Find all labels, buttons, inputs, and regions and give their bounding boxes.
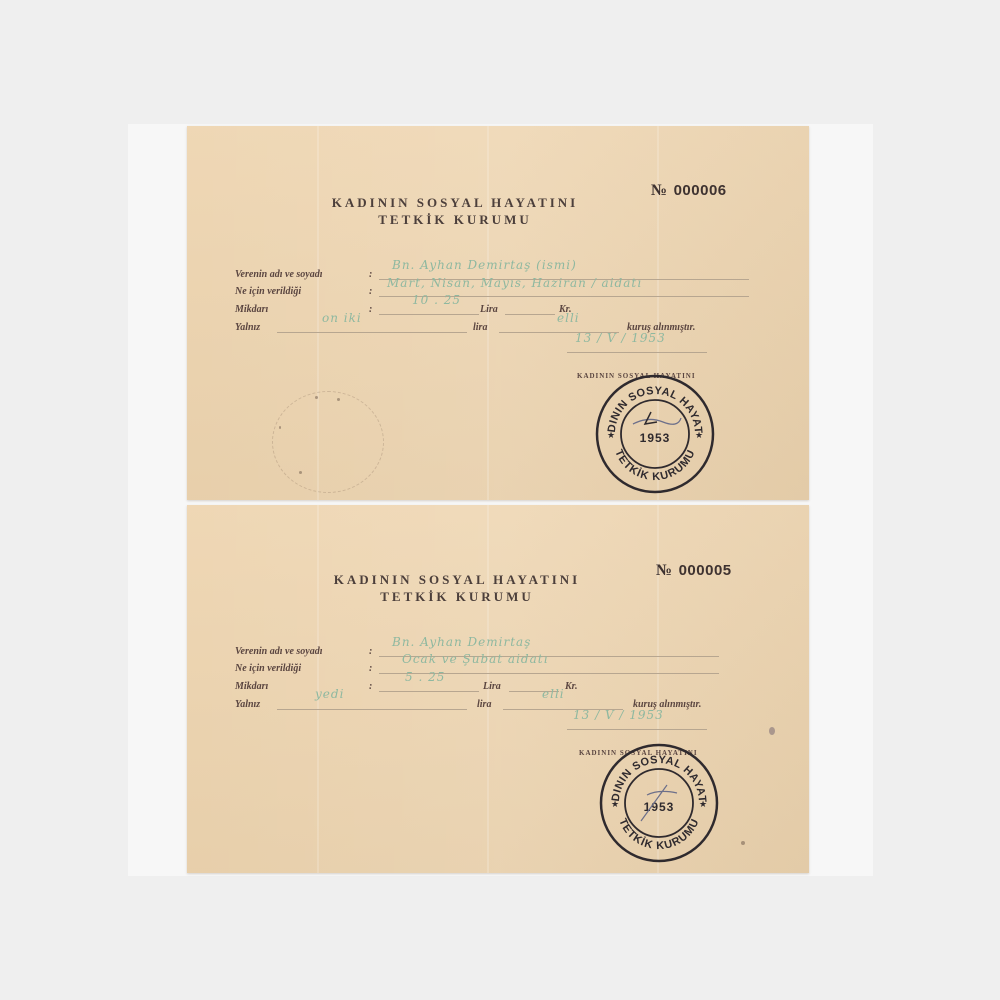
signature: [633, 418, 681, 424]
stamp-year: 1953: [640, 431, 671, 445]
date-handwritten: 13 / V / 1953: [573, 708, 664, 722]
serial-value: 000005: [679, 562, 732, 579]
date-handwritten: 13 / V / 1953: [575, 331, 666, 345]
kurus-line: [505, 302, 555, 315]
only-lira-line: [277, 320, 467, 333]
giver-handwritten: Bn. Ayhan Demirtaş: [392, 635, 531, 649]
purpose-handwritten: Ocak ve Şubat aidatı: [402, 652, 548, 666]
org-title-line1: KADININ SOSYAL HAYATINI: [307, 571, 607, 588]
only-lira-line: [277, 697, 467, 710]
giver-label: Verenin adı ve soyadı: [235, 269, 323, 280]
colon: :: [369, 663, 372, 674]
receipt-000005: KADININ SOSYAL HAYATINI TETKİK KURUMU №0…: [187, 505, 809, 873]
amount-handwritten: 5 . 25: [405, 670, 445, 684]
only-lira-handwritten: on iki: [322, 311, 362, 325]
lira-lower-label: lira: [477, 699, 491, 710]
organization-title: KADININ SOSYAL HAYATINI TETKİK KURUMU: [305, 194, 605, 228]
receipt-000006: KADININ SOSYAL HAYATINI TETKİK KURUMU №0…: [187, 126, 809, 500]
org-title-line1: KADININ SOSYAL HAYATINI: [305, 194, 605, 211]
speck: [315, 396, 318, 399]
amount-label: Mikdarı: [235, 681, 268, 692]
svg-text:TETKİK KURUMU: TETKİK KURUMU: [612, 448, 698, 484]
lira-lower-label: lira: [473, 322, 487, 333]
stamp-star-icon: ★: [611, 799, 619, 809]
only-label: Yalnız: [235, 322, 260, 333]
stamp-star-icon: ★: [607, 430, 615, 440]
official-stamp: KADININ SOSYAL HAYATINI TETKİK KURUMU ★ …: [593, 372, 717, 496]
stamp-star-icon: ★: [699, 799, 707, 809]
stamp-bottom-text: TETKİK KURUMU: [612, 448, 698, 484]
giver-label: Verenin adı ve soyadı: [235, 646, 323, 657]
colon: :: [369, 286, 372, 297]
only-label: Yalnız: [235, 699, 260, 710]
number-sign: №: [651, 182, 668, 199]
amount-handwritten: 10 . 25: [412, 293, 461, 307]
serial-value: 000006: [674, 182, 727, 199]
stamp-star-icon: ★: [695, 430, 703, 440]
organization-title: KADININ SOSYAL HAYATINI TETKİK KURUMU: [307, 571, 607, 605]
giver-handwritten: Bn. Ayhan Demirtaş (ismi): [392, 258, 577, 272]
colon: :: [369, 646, 372, 657]
only-kurus-handwritten: elli: [542, 687, 565, 701]
lira-label: Lira: [480, 304, 498, 315]
speck: [337, 398, 340, 401]
only-kurus-handwritten: elli: [557, 311, 580, 325]
colon: :: [369, 681, 372, 692]
speck: [741, 841, 745, 845]
official-stamp: KADININ SOSYAL HAYATINI TETKİK KURUMU ★ …: [597, 741, 721, 865]
lira-label: Lira: [483, 681, 501, 692]
ink-mark: [769, 727, 775, 735]
colon: :: [369, 304, 372, 315]
faint-stamp-impression: [272, 391, 384, 493]
number-sign: №: [656, 562, 673, 579]
speck: [279, 426, 281, 429]
speck: [299, 471, 302, 474]
purpose-label: Ne için verildiği: [235, 286, 301, 297]
org-title-line2: TETKİK KURUMU: [307, 588, 607, 605]
svg-text:TETKİK KURUMU: TETKİK KURUMU: [616, 817, 702, 853]
colon: :: [369, 269, 372, 280]
org-title-line2: TETKİK KURUMU: [305, 211, 605, 228]
serial-number: №000006: [651, 182, 727, 200]
amount-label: Mikdarı: [235, 304, 268, 315]
kr-label: Kr.: [565, 681, 578, 692]
purpose-handwritten: Mart, Nisan, Mayıs, Haziran / aidatı: [387, 276, 642, 290]
purpose-label: Ne için verildiği: [235, 663, 301, 674]
only-lira-handwritten: yedi: [315, 687, 344, 701]
serial-number: №000005: [656, 562, 732, 580]
signature-mark: [645, 412, 657, 424]
stamp-bottom-text: TETKİK KURUMU: [616, 817, 702, 853]
